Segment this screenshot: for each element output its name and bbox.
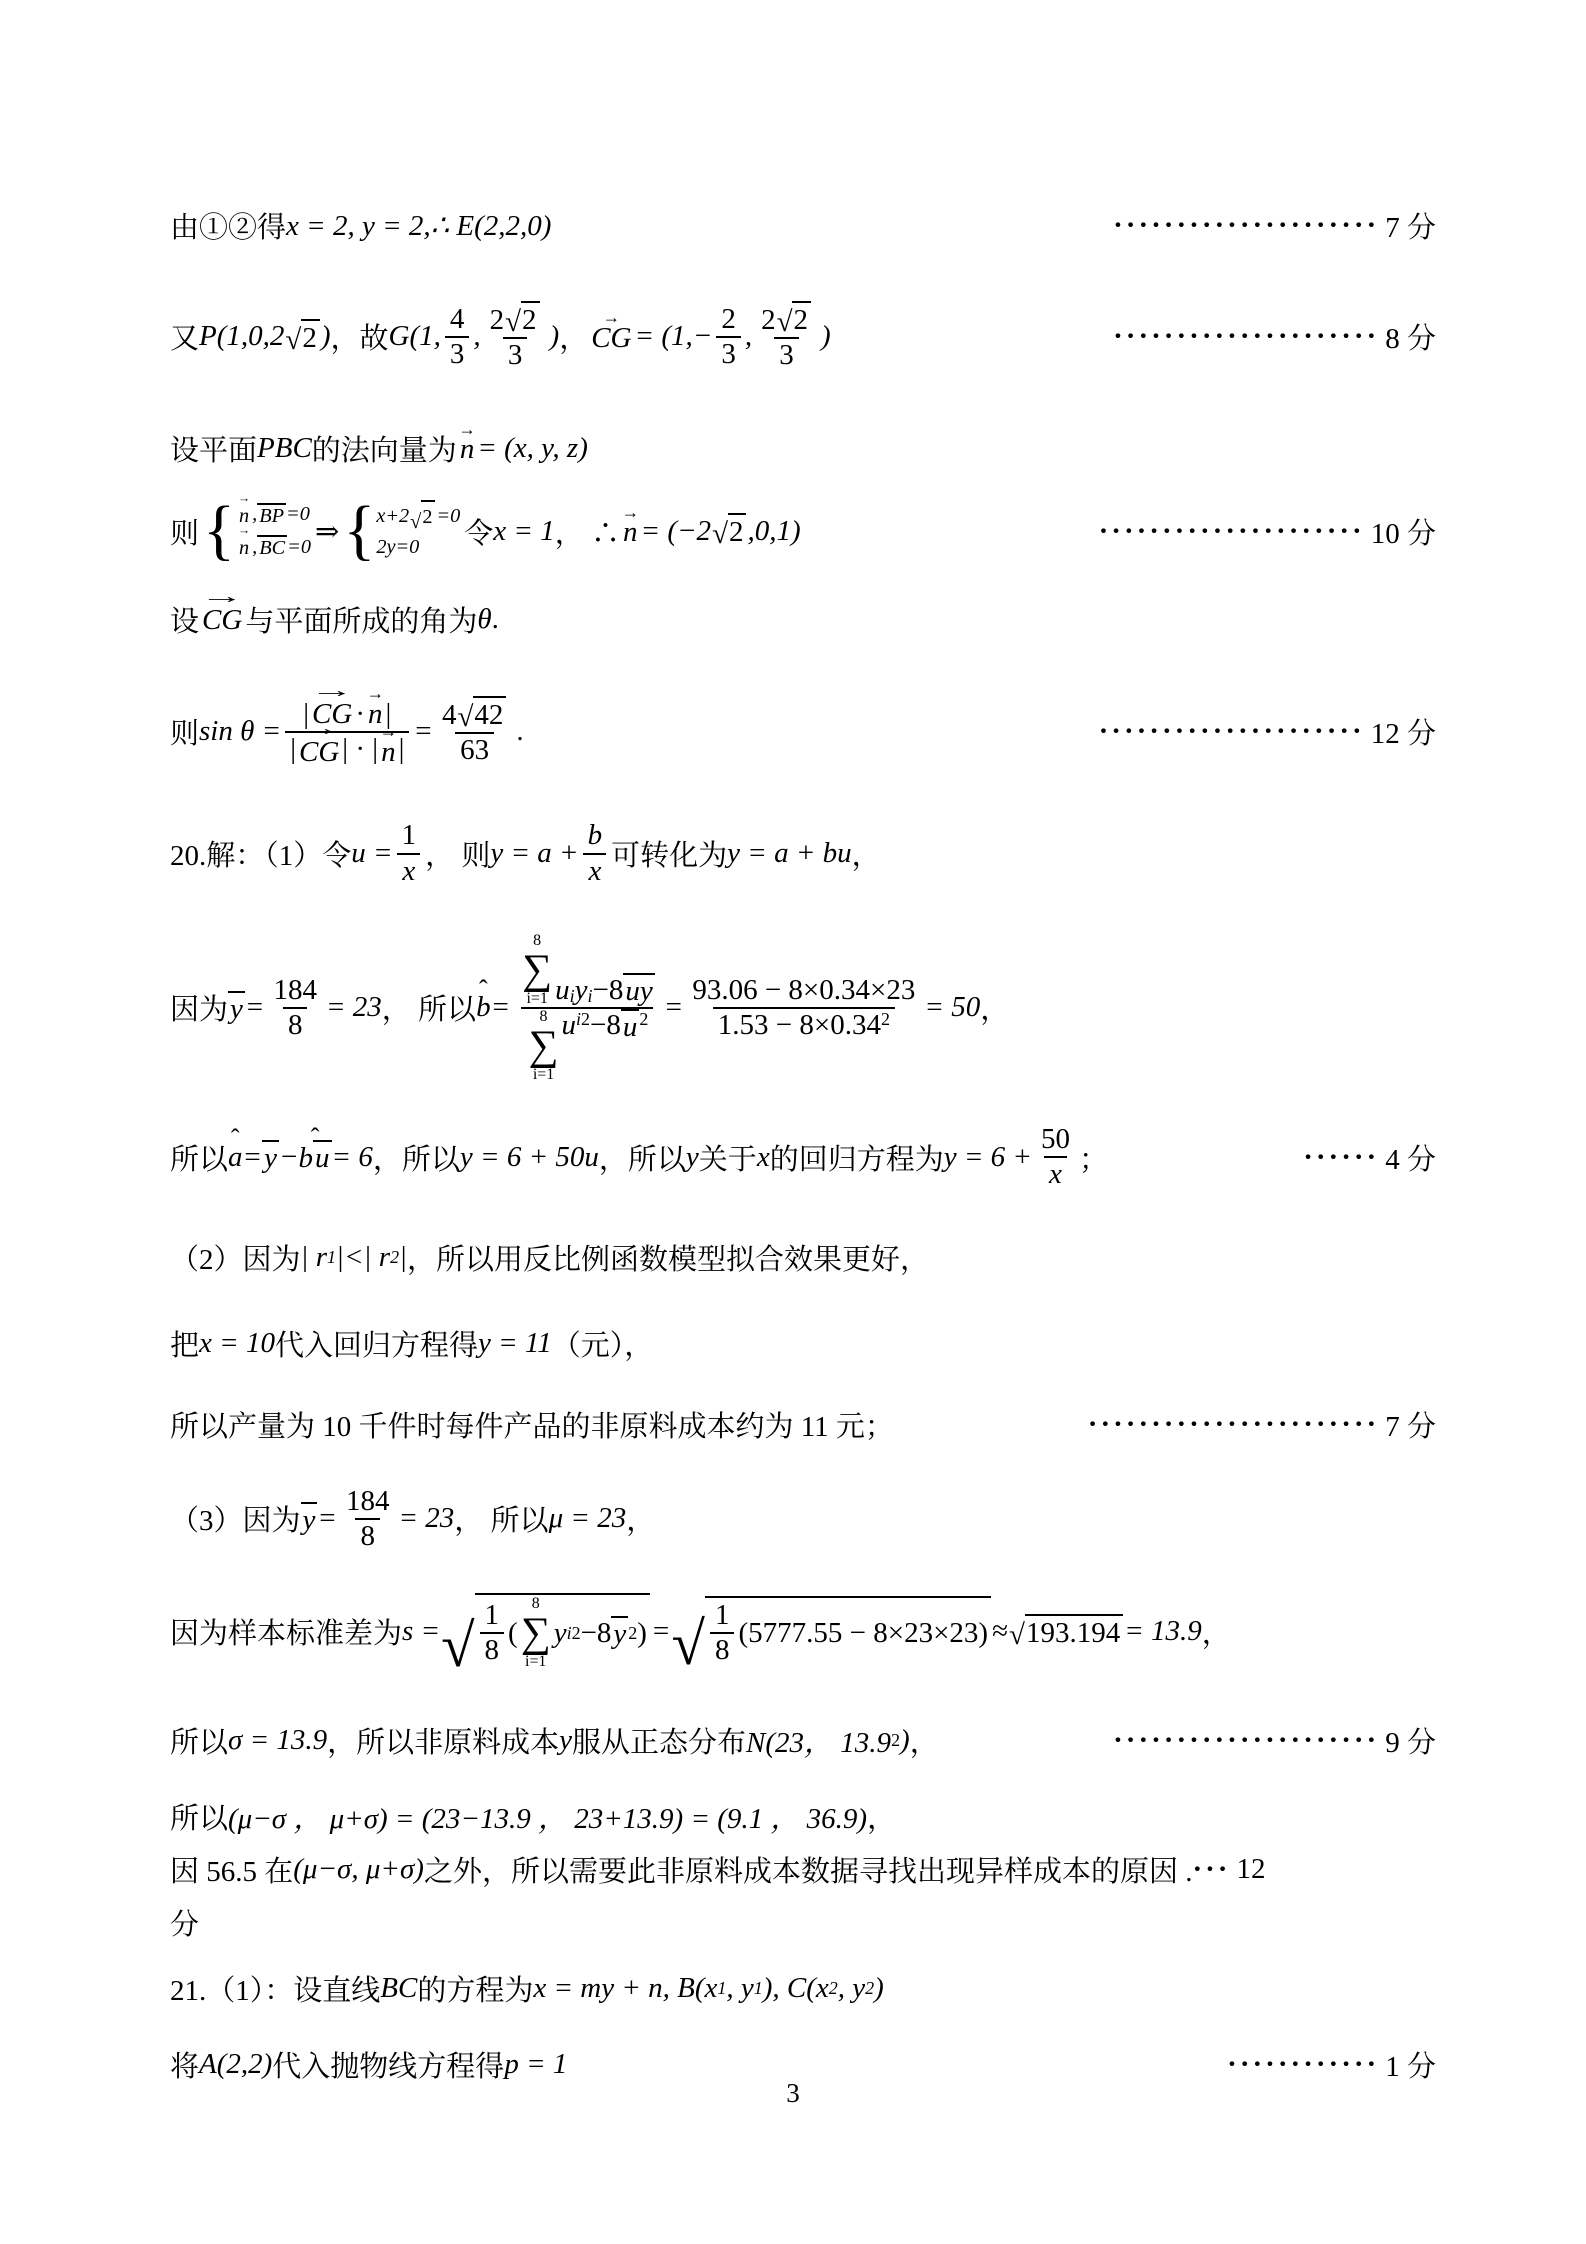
cn-text: （2）因为 (170, 1237, 301, 1278)
math-text: y = 11 (478, 1327, 552, 1360)
cn-text: （元）， (552, 1323, 654, 1364)
math-text: = (413, 715, 433, 748)
math-text: u = (351, 837, 392, 870)
math-text: y = a + bu (727, 837, 852, 870)
cn-text: 所以 (170, 1720, 228, 1761)
sqrt-body: 193.194 (1025, 1614, 1123, 1650)
sqrt-radical-icon: √ (441, 1593, 474, 1670)
summation: 8∑i=1 (521, 1596, 551, 1670)
abs-bars: | · | (342, 733, 378, 769)
sqrt-body: 2 (421, 500, 435, 532)
fraction: |→CG·→n| |→CG| · |→n| (285, 695, 409, 770)
overline-BP: BP (257, 503, 286, 527)
fraction-numerator: 1 (710, 1599, 735, 1632)
score-label: 9 分 (1385, 1720, 1436, 1761)
vector-arrow-icon: → (367, 685, 384, 702)
math-text: y (559, 1724, 572, 1757)
sqrt: √ 18 ( 8∑i=1 yi2 −8y2 ) (441, 1593, 650, 1670)
hat-a: ˆa (228, 1141, 243, 1174)
sqrt-radical-icon: √ (285, 319, 301, 355)
line-content: 所以产量为 10 千件时每件产品的非原料成本约为 11 元； (170, 1404, 894, 1445)
superscript: 2 (891, 1730, 900, 1751)
dot-leader: ······ (1303, 1141, 1379, 1174)
math-text: p = 1 (504, 2048, 567, 2081)
line-content: 设 →CG 与平面所成的角为 θ . (170, 599, 499, 640)
fraction-denominator: 63 (455, 732, 494, 767)
fraction-denominator: 3 (716, 336, 741, 371)
math-text: μ = 23 (549, 1502, 627, 1535)
line-content: 分 (170, 1902, 199, 1943)
sqrt-radical-icon: √ (505, 301, 521, 337)
sqrt-body: 18 (5777.55 − 8×23×23) (705, 1596, 991, 1668)
fraction-denominator: 8 (283, 1007, 308, 1042)
math-text: , (745, 320, 752, 353)
subscript: 2 (829, 1978, 838, 1999)
solution-line-16: 所以 (μ−σ ， μ+σ) = (23−13.9 ， 23+13.9) = (… (170, 1796, 1436, 1837)
solution-line-10: （2）因为 | r1|<| r2| ，所以用反比例函数模型拟合效果更好， (170, 1237, 1436, 1278)
solution-line-1: 由①②得 x = 2, y = 2,∴ E(2,2,0) ···········… (170, 205, 1436, 246)
overline-BC: BC (257, 535, 287, 559)
math-text: (5777.55 − 8×23×23) (738, 1617, 988, 1650)
math-text: y (686, 1141, 699, 1174)
cn-text: ， (867, 1796, 896, 1837)
fraction-numerator: 93.06 − 8×0.34×23 (687, 974, 920, 1007)
overline-u: u (621, 1009, 640, 1083)
math-text: = (651, 1615, 671, 1648)
overline-uy: uy (623, 973, 654, 1006)
punctuation: ； (1079, 1137, 1108, 1178)
fraction-denominator: 8 (710, 1632, 735, 1667)
math-text: x = my + n, B(x (533, 1972, 717, 2005)
math-text: −8 (593, 974, 624, 1007)
line-content: 所以 σ = 13.9 ，所以非原料成本 y 服从正态分布 N(23， 13.9… (170, 1720, 939, 1761)
fraction-numerator: 184 (341, 1485, 395, 1518)
subscript: 2 (865, 1978, 874, 1999)
math-text: u (562, 1009, 577, 1083)
cn-text: ，所以 (599, 1137, 686, 1178)
math-text: x = 10 (199, 1327, 275, 1360)
cn-text: 所以产量为 10 千件时每件产品的非原料成本约为 11 元； (170, 1404, 894, 1445)
math-text: | (399, 1241, 407, 1274)
subscript: 1 (717, 1978, 726, 1999)
cn-text: 把 (170, 1323, 199, 1364)
sum-lower: i=1 (526, 991, 547, 1007)
math-text: ) (874, 1972, 884, 2005)
fraction: 23 (716, 303, 741, 372)
equation-system: { →n,BP=0 →n,BC=0 (203, 499, 311, 564)
solution-line-19: 21.（1）：设直线 BC 的方程为 x = my + n, B(x1, y1)… (170, 1968, 1436, 2009)
fraction: 8∑i=1 uiyi −8uy 8∑i=1 ui2 −8u2 (514, 933, 660, 1083)
sqrt-radical-icon: √ (410, 500, 421, 532)
solution-line-9: 所以 ˆa = y − ˆbu = 6 ，所以 y = 6 + 50u ，所以 … (170, 1123, 1436, 1192)
line-content: （2）因为 | r1|<| r2| ，所以用反比例函数模型拟合效果更好， (170, 1237, 929, 1278)
fraction: 43 (445, 303, 470, 372)
score-label: 10 分 (1371, 511, 1436, 552)
math-text: = 13.9 (1124, 1615, 1202, 1648)
math-text: G(1, (389, 320, 441, 353)
sqrt-radical-icon: √ (777, 301, 793, 337)
score-label: 4 分 (1385, 1137, 1436, 1178)
brace-icon: { (203, 504, 235, 557)
cn-text: 20.解：（1）令 (170, 833, 351, 874)
fraction-numerator: 2√2 (485, 301, 546, 337)
line-content: 设平面 PBC 的法向量为 →n = (x, y, z) (170, 428, 588, 469)
sqrt-radical-icon: √ (712, 513, 728, 549)
math-text: y = a + (490, 837, 578, 870)
math-text: ,0,1) (747, 515, 800, 548)
solution-line-12: 所以产量为 10 千件时每件产品的非原料成本约为 11 元； ·········… (170, 1404, 1436, 1445)
sqrt-body: 42 (473, 696, 506, 732)
math-text: y = 6 + 50u (460, 1141, 599, 1174)
fraction-numerator: 50 (1036, 1123, 1075, 1156)
math-text: =0 (436, 502, 460, 531)
overline-y: y (301, 1502, 318, 1535)
math-text: , y (838, 1972, 865, 2005)
fraction: 1848 (341, 1485, 395, 1554)
cn-text: 所以 (170, 1796, 228, 1837)
sum-lower: i=1 (525, 1654, 546, 1670)
line-content: 则 { →n,BP=0 →n,BC=0 ⇒ { x+2√2=0 2y=0 令 x… (170, 499, 801, 564)
fraction-numerator: 8∑i=1 uiyi −8uy (514, 933, 660, 1007)
line-content: 因 56.5 在 (μ−σ, μ+σ) 之外，所以需要此非原料成本数据寻找出现异… (170, 1849, 1265, 1890)
subscript: 2 (390, 1247, 399, 1268)
cn-text: ， (910, 1720, 939, 1761)
solution-line-8: 因为 y = 1848 = 23 ， 所以 ˆb = 8∑i=1 uiyi −8… (170, 933, 1436, 1083)
math-text: 4 (442, 699, 457, 732)
cn-text: 可转化为 (611, 833, 727, 874)
math-text: =0 (286, 500, 310, 529)
cn-text: 分 (170, 1902, 199, 1943)
sqrt-body: 2 (301, 319, 320, 355)
abs-bar: | (399, 733, 405, 769)
cn-text: ，所以 (373, 1137, 460, 1178)
fraction-denominator: 1.53 − 8×0.342 (713, 1007, 895, 1042)
vector-arrow-icon: → (603, 309, 620, 326)
math-text: = 6 (332, 1141, 373, 1174)
fraction: 1x (397, 819, 422, 888)
math-text: = (1,− (635, 320, 713, 353)
math-text: − (279, 1141, 299, 1174)
fraction-numerator: 184 (268, 974, 322, 1007)
fraction: 50x (1036, 1123, 1075, 1192)
fraction: 93.06 − 8×0.34×23 1.53 − 8×0.342 (687, 974, 920, 1043)
cn-text: 因为样本标准差为 (170, 1611, 402, 1652)
period: . (516, 715, 523, 748)
sum-icon: ∑ (521, 1612, 551, 1654)
system-row: 2y=0 (376, 533, 460, 562)
fraction-denominator: 8∑i=1 ui2 −8u2 (521, 1007, 654, 1083)
dot-leader: ······················· (1088, 1408, 1379, 1441)
overline-y: y (262, 1140, 279, 1173)
math-text: A(2,2) (199, 2048, 272, 2081)
solution-line-18: 分 (170, 1902, 1436, 1943)
sqrt-body: 2 (521, 301, 540, 337)
math-text: y (554, 1617, 567, 1650)
score-leader: ····················· 12 分 (1099, 711, 1436, 752)
solution-line-5: 设 →CG 与平面所成的角为 θ . (170, 599, 1436, 640)
score-leader: ····················· 9 分 (1113, 1720, 1436, 1761)
solution-line-14: 因为样本标准差为 s = √ 18 ( 8∑i=1 yi2 −8y2 ) = √… (170, 1593, 1436, 1670)
math-text: = (491, 991, 511, 1024)
math-text: , (473, 320, 480, 353)
dot-leader: ····················· (1113, 320, 1379, 353)
cn-text: 的回归方程为 (770, 1137, 944, 1178)
solution-line-4: 则 { →n,BP=0 →n,BC=0 ⇒ { x+2√2=0 2y=0 令 x… (170, 499, 1436, 564)
line-content: 所以 (μ−σ ， μ+σ) = (23−13.9 ， 23+13.9) = (… (170, 1796, 896, 1837)
cn-text: 因 56.5 在 (170, 1849, 293, 1890)
cn-text: 设 (170, 599, 199, 640)
sqrt-radical-icon: √ (457, 696, 473, 732)
math-text: |<| r (336, 1241, 390, 1274)
vector-arrow-icon: → (238, 492, 250, 504)
math-text: ) (900, 1724, 910, 1757)
vector-letters: CG (202, 604, 242, 636)
math-text: 2 (490, 304, 505, 337)
fraction-denominator: 8 (480, 1632, 505, 1667)
fraction-denominator: x (1044, 1156, 1067, 1191)
fraction: 18 (710, 1599, 735, 1668)
sqrt: √2 (712, 513, 746, 549)
solution-line-13: （3）因为 y = 1848 = 23 ， 所以 μ = 23 ， (170, 1485, 1436, 1554)
sum-icon: ∑ (522, 949, 552, 991)
score-leader: ······················· 7 分 (1088, 1404, 1436, 1445)
implies-icon: ⇒ (315, 514, 339, 549)
vector-arrow-icon: → (458, 421, 475, 438)
vector-n: →n (381, 733, 396, 769)
fraction-denominator: 3 (774, 337, 799, 372)
solution-line-15: 所以 σ = 13.9 ，所以非原料成本 y 服从正态分布 N(23， 13.9… (170, 1720, 1436, 1761)
approx-sign: ≈ (992, 1615, 1008, 1648)
cn-text: ， ∴ (555, 511, 620, 552)
math-text: x = 2, y = 2,∴ E(2,2,0) (286, 208, 551, 243)
math-text: = (x, y, z) (477, 432, 588, 465)
line-content: 所以 ˆa = y − ˆbu = 6 ，所以 y = 6 + 50u ，所以 … (170, 1123, 1108, 1192)
math-text: θ (477, 603, 491, 636)
math-text: = (664, 991, 684, 1024)
fraction-numerator: 1 (480, 1599, 505, 1632)
overline-y: y (611, 1616, 628, 1649)
math-text: , y (726, 1972, 753, 2005)
sqrt-body: 2 (728, 513, 747, 549)
equation-system: { x+2√2=0 2y=0 (343, 500, 460, 562)
cn-text: 由①②得 (170, 205, 286, 246)
math-text: = 23 (398, 1502, 454, 1535)
brace-icon: { (343, 504, 375, 557)
math-text: σ = 13.9 (228, 1724, 327, 1757)
cn-text: ， (980, 987, 1009, 1028)
sqrt-radical-icon: √ (1009, 1614, 1025, 1650)
cn-text: 关于 (699, 1137, 757, 1178)
line-content: 20.解：（1）令 u = 1x ， 则 y = a + bx 可转化为 y =… (170, 819, 881, 888)
fraction: 4√42 63 (437, 696, 512, 768)
cn-text: ， (559, 316, 588, 357)
cn-text: . (492, 603, 499, 636)
cn-text: ， (626, 1498, 655, 1539)
math-text: (μ−σ, μ+σ) (293, 1853, 424, 1886)
fraction: 1848 (268, 974, 322, 1043)
line-content: 因为 y = 1848 = 23 ， 所以 ˆb = 8∑i=1 uiyi −8… (170, 933, 1009, 1083)
summation: 8∑i=1 (522, 933, 552, 1007)
vector-arrow-icon: → (200, 586, 244, 607)
cn-text: ， (852, 833, 881, 874)
summation: 8∑i=1 (529, 1009, 559, 1083)
system-rows: →n,BP=0 →n,BC=0 (236, 499, 311, 564)
superscript: 2 (628, 1623, 637, 1644)
cn-text: 代入回归方程得 (275, 1323, 478, 1364)
sqrt: √ 18 (5777.55 − 8×23×23) (672, 1596, 992, 1668)
score-label: 7 分 (1385, 1404, 1436, 1445)
fraction-denominator: 3 (445, 336, 470, 371)
vector-CG: →CG (299, 733, 339, 769)
line-content: 21.（1）：设直线 BC 的方程为 x = my + n, B(x1, y1)… (170, 1968, 884, 2009)
paren: ) (637, 1617, 647, 1650)
dot-leader: ····················· (1113, 1724, 1379, 1757)
math-text: =0 (287, 533, 311, 562)
cn-text: ， (1202, 1611, 1231, 1652)
math-text: y = 6 + (944, 1141, 1032, 1174)
cn-text: ，所以非原料成本 (327, 1720, 559, 1761)
math-text: = (−2 (641, 515, 712, 548)
fraction-numerator: 2 (716, 303, 741, 336)
math-text: s = (402, 1615, 440, 1648)
solution-line-7: 20.解：（1）令 u = 1x ， 则 y = a + bx 可转化为 y =… (170, 819, 1436, 888)
fraction: 2√2 3 (756, 301, 817, 373)
cn-text: 的方程为 (417, 1968, 533, 2009)
math-text: 2y=0 (376, 533, 419, 562)
fraction-denominator: 3 (503, 337, 528, 372)
sqrt-body: 2 (792, 301, 811, 337)
abs-bar: | (290, 733, 296, 769)
solution-line-2: 又 P(1,0,2 √2 ) ，故 G(1, 43 , 2√2 3 ) ， →C… (170, 301, 1436, 373)
math-text: = (317, 1502, 337, 1535)
math-text: = (245, 991, 265, 1024)
line-content: 把 x = 10 代入回归方程得 y = 11 （元）， (170, 1323, 653, 1364)
subscript: 1 (327, 1247, 336, 1268)
math-text: x (757, 1141, 770, 1174)
math-text: (μ−σ ， μ+σ) = (23−13.9 ， 23+13.9) = (9.1… (228, 1796, 867, 1837)
line-content: 由①②得 x = 2, y = 2,∴ E(2,2,0) (170, 205, 551, 246)
fraction-denominator: x (397, 853, 420, 888)
fraction-numerator: 2√2 (756, 301, 817, 337)
overline-y: y (228, 991, 245, 1024)
math-text: ) (550, 320, 560, 353)
math-text: y (575, 974, 588, 1007)
vector-letters: CG (299, 736, 339, 768)
cn-text: （3）因为 (170, 1498, 301, 1539)
page-number: 3 (0, 2078, 1586, 2109)
math-text: = 50 (924, 991, 980, 1024)
sqrt-body: 18 ( 8∑i=1 yi2 −8y2 ) (475, 1593, 650, 1670)
fraction: 2√2 3 (485, 301, 546, 373)
solution-line-3: 设平面 PBC 的法向量为 →n = (x, y, z) (170, 428, 1436, 469)
math-text: 2 (761, 304, 776, 337)
superscript: 2 (639, 1009, 648, 1083)
solution-line-6: 则 sin θ = |→CG·→n| |→CG| · |→n| = 4√42 6… (170, 695, 1436, 770)
fraction-denominator: |→CG| · |→n| (285, 731, 409, 769)
vector-arrow-icon: → (380, 723, 397, 740)
vector-n: →n (460, 430, 475, 466)
score-leader: ····················· 8 分 (1113, 316, 1436, 357)
score-leader: ······ 4 分 (1303, 1137, 1436, 1178)
line-content: （3）因为 y = 1848 = 23 ， 所以 μ = 23 ， (170, 1485, 655, 1554)
math-text: N(23， 13.9 (746, 1720, 891, 1761)
superscript: 2 (572, 1623, 581, 1644)
hat-icon: ˆ (311, 1125, 320, 1151)
cn-text: ，故 (330, 316, 388, 357)
vector-n: →n (623, 513, 638, 549)
cn-text: 设平面 (170, 428, 257, 469)
vector-CG: →CG (591, 319, 631, 355)
sqrt: √2 (285, 319, 319, 355)
math-text: = 23 (326, 991, 382, 1024)
cn-text: 则 (170, 511, 199, 552)
hat-icon: ˆ (479, 977, 488, 1003)
cn-text: 因为 (170, 987, 228, 1028)
vector-arrow-icon: → (297, 718, 341, 739)
cn-text: ， 则 (425, 833, 490, 874)
dot-leader: ············ (1227, 2048, 1379, 2081)
score-label: 12 (1236, 1853, 1265, 1886)
paren: ( (508, 1617, 518, 1650)
vector-CG: →CG (202, 601, 242, 637)
hat-b: ˆb (476, 991, 491, 1024)
score-leader: ····················· 10 分 (1099, 511, 1436, 552)
cn-text: ， 所以 (382, 987, 476, 1028)
fraction: 18 (480, 1599, 505, 1668)
cn-text: 又 (170, 316, 199, 357)
cn-text: ， 所以 (454, 1498, 548, 1539)
system-row: x+2√2=0 (376, 500, 460, 532)
dot-leader: ··· (1192, 1853, 1230, 1886)
sum-icon: ∑ (529, 1025, 559, 1067)
sqrt: √2 (777, 301, 811, 337)
solution-line-11: 把 x = 10 代入回归方程得 y = 11 （元）， (170, 1323, 1436, 1364)
math-text: x+2 (376, 502, 409, 531)
subscript: 1 (754, 1978, 763, 1999)
math-text: BC (380, 1972, 417, 2005)
sqrt: √2 (505, 301, 539, 337)
superscript: 2 (881, 1009, 890, 1042)
score-label: 7 分 (1385, 205, 1436, 246)
math-text: PBC (257, 432, 312, 465)
dot-operator: · (355, 698, 365, 731)
math-text: | r (301, 1241, 328, 1274)
cn-text: 的法向量为 (312, 428, 457, 469)
cn-text: 令 (464, 511, 493, 552)
exam-answer-page: 由①②得 x = 2, y = 2,∴ E(2,2,0) ···········… (0, 0, 1586, 2085)
fraction-numerator: b (583, 819, 608, 852)
cn-text: 21.（1）：设直线 (170, 1968, 380, 2009)
score-label: 12 分 (1371, 711, 1436, 752)
fraction-denominator: 8 (355, 1518, 380, 1553)
system-row: →n,BC=0 (236, 531, 311, 563)
sqrt: √193.194 (1009, 1614, 1123, 1650)
system-rows: x+2√2=0 2y=0 (376, 500, 460, 562)
hat-bu: ˆbu (299, 1140, 332, 1175)
cn-text: 之外，所以需要此非原料成本数据寻找出现异样成本的原因 . (424, 1849, 1193, 1890)
cn-text: 与平面所成的角为 (245, 599, 477, 640)
vector-arrow-icon: → (238, 524, 250, 536)
math-text: ) (321, 320, 331, 353)
math-text: P(1,0,2 (199, 320, 284, 353)
sqrt: √42 (457, 696, 506, 732)
math-text: −8 (590, 1009, 621, 1083)
fraction-numerator: 4 (445, 303, 470, 336)
math-text: 1.53 − 8×0.34 (718, 1009, 881, 1042)
dot-leader: ····················· (1099, 715, 1365, 748)
math-text: u (555, 974, 570, 1007)
vector-n: →n (239, 531, 249, 563)
